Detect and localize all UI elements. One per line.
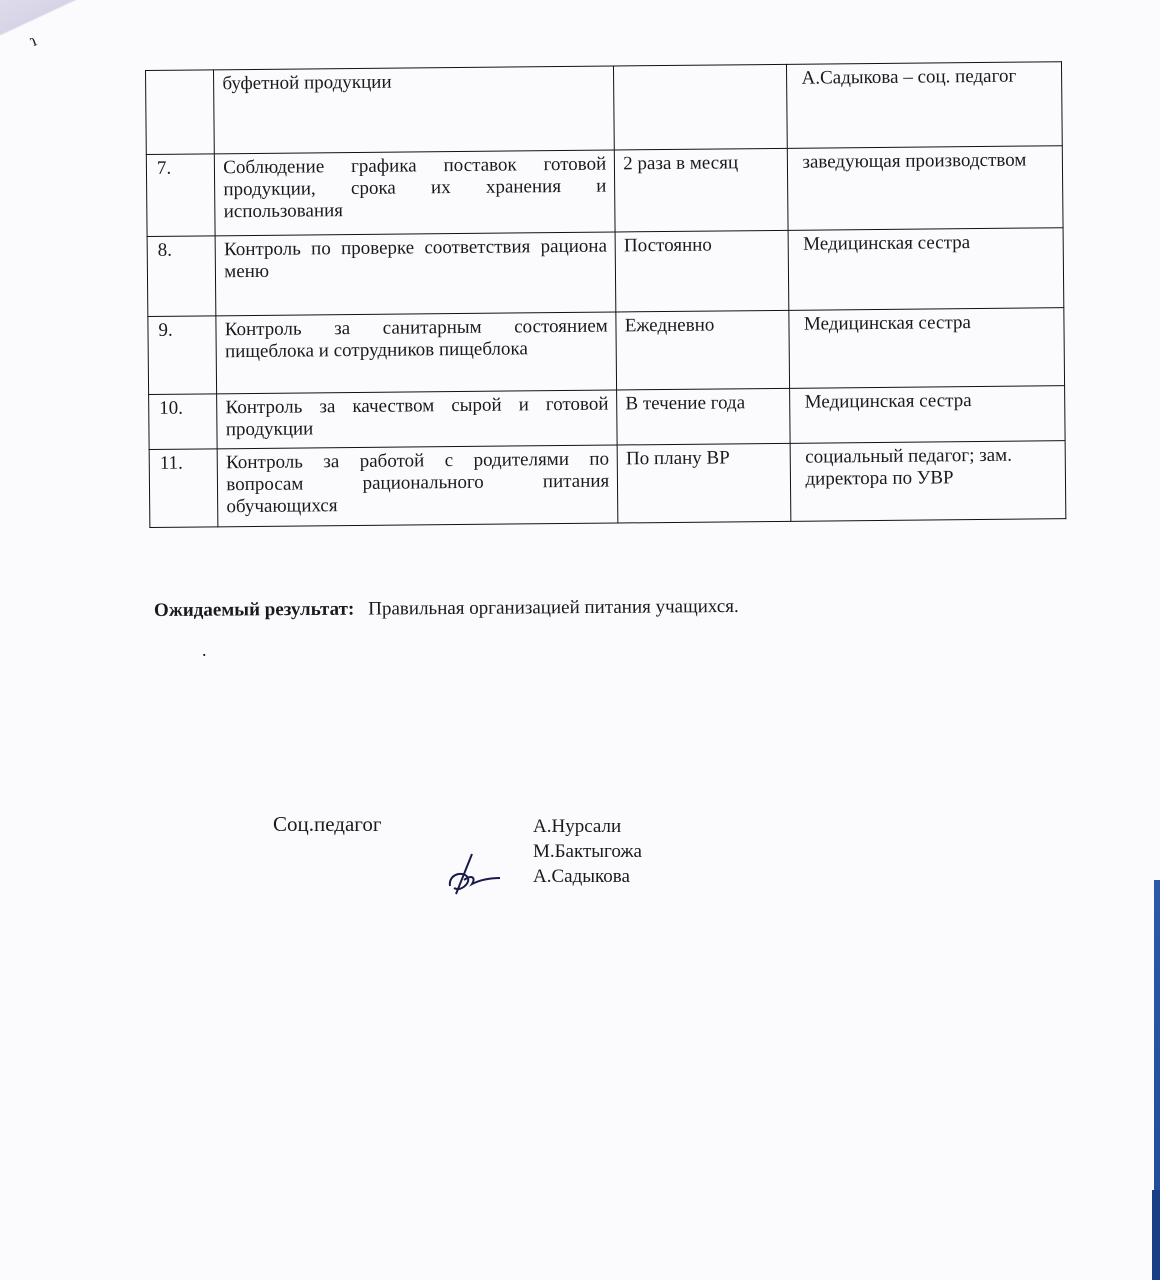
control-plan-table: буфетной продукцииА.Садыкова – соц. педа…	[145, 61, 1066, 528]
signatory-names: А.Нурсали М.Бактыгожа А.Садыкова	[533, 814, 642, 889]
row-frequency: 2 раза в месяц	[615, 148, 789, 232]
page-corner-fold	[0, 0, 120, 80]
row-frequency: Ежедневно	[616, 310, 790, 390]
row-number: 10.	[149, 394, 218, 450]
table-row: 9.Контроль за санитарным состоянием пище…	[148, 308, 1065, 395]
row-responsible: социальный педагог; зам. директора по УВ…	[791, 441, 1066, 522]
row-description: Контроль за качеством сырой и готовой пр…	[217, 390, 617, 449]
table-row: 10.Контроль за качеством сырой и готовой…	[149, 386, 1065, 450]
row-number: 8.	[147, 236, 216, 317]
expected-result: Ожидаемый результат:Правильная организац…	[154, 596, 739, 622]
row-number: 9.	[148, 316, 217, 395]
row-frequency	[614, 64, 788, 150]
handwritten-signature-icon	[442, 848, 502, 898]
row-number: 11.	[149, 449, 218, 528]
row-description: Контроль за санитарным состоянием пищебл…	[216, 312, 617, 394]
binder-edge-lower	[1152, 1190, 1160, 1280]
expected-result-label: Ожидаемый результат:	[154, 599, 354, 621]
expected-result-text: Правильная организацией питания учащихся…	[368, 596, 739, 620]
table-row: буфетной продукцииА.Садыкова – соц. педа…	[146, 62, 1063, 155]
row-description: Соблюдение графика поставок готовой прод…	[215, 150, 616, 236]
signatory-role: Соц.педагог	[273, 812, 382, 837]
table-row: 11.Контроль за работой с родителями по в…	[149, 441, 1066, 528]
row-responsible: А.Садыкова – соц. педагог	[787, 62, 1062, 149]
row-description: Контроль по проверке соответствия рацион…	[215, 232, 616, 316]
table-row: 7.Соблюдение графика поставок готовой пр…	[146, 146, 1063, 237]
row-responsible: заведующая производством	[788, 146, 1063, 231]
stray-dot: .	[202, 640, 207, 661]
row-description: буфетной продукции	[214, 66, 615, 154]
row-description: Контроль за работой с родителями по вопр…	[217, 445, 618, 527]
signatory-name: А.Нурсали	[533, 814, 642, 839]
row-responsible: Медицинская сестра	[789, 308, 1064, 389]
row-frequency: Постоянно	[615, 230, 789, 312]
row-number: 7.	[146, 154, 215, 237]
table-row: 8.Контроль по проверке соответствия раци…	[147, 228, 1064, 317]
signatory-name: А.Садыкова	[533, 864, 642, 889]
row-responsible: Медицинская сестра	[790, 386, 1065, 444]
row-number	[146, 70, 215, 155]
row-frequency: В течение года	[617, 388, 791, 445]
row-frequency: По плану ВР	[617, 443, 791, 523]
row-responsible: Медицинская сестра	[789, 228, 1064, 311]
signatory-name: М.Бактыгожа	[533, 839, 642, 864]
